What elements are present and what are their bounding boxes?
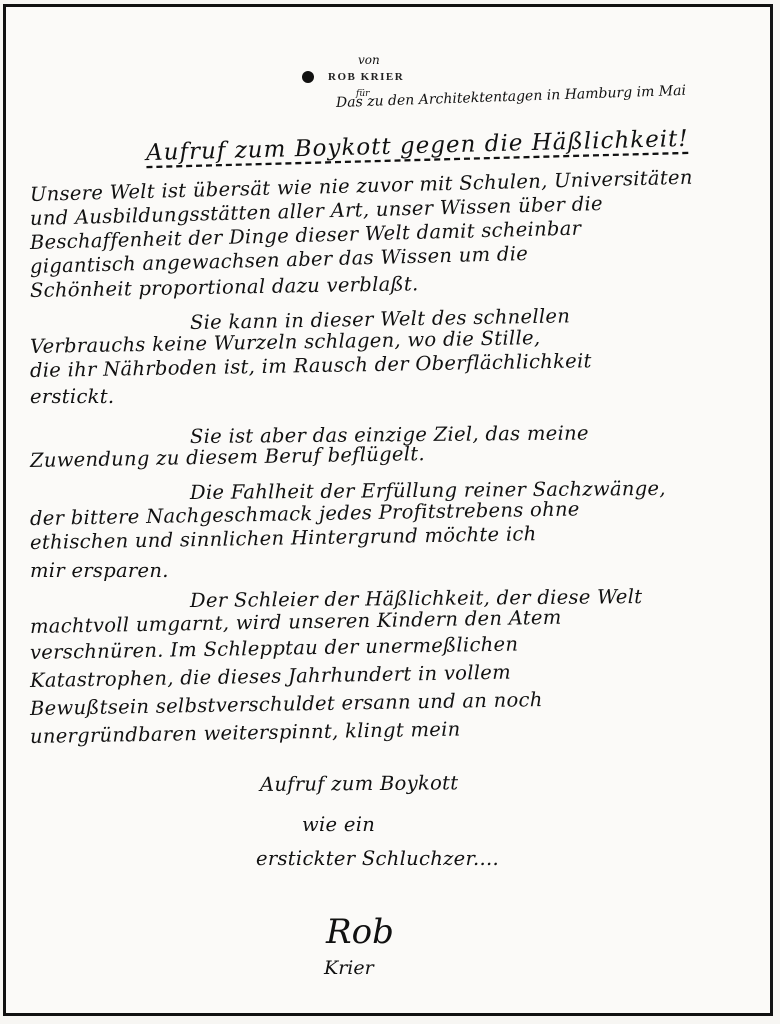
signature-first: Rob — [326, 912, 394, 952]
header-annotation: Das zu den Architektentagen in Hamburg i… — [336, 83, 686, 111]
annotation-von: von — [358, 53, 380, 67]
body-line: Katastrophen, die dieses Jahrhundert in … — [30, 661, 511, 692]
letter-title: Aufruf zum Boykott gegen die Häßlichkeit… — [146, 126, 689, 166]
body-line: Aufruf zum Boykott — [260, 771, 459, 796]
body-line: erstickter Schluchzer.... — [256, 847, 499, 870]
letterhead: ROB KRIER — [302, 71, 404, 83]
body-line: Bewußtsein selbstverschuldet ersann und … — [30, 688, 543, 720]
body-line: wie ein — [302, 813, 375, 836]
body-line: Schönheit proportional dazu verblaßt. — [30, 272, 419, 302]
body-line: Zuwendung zu diesem Beruf beflügelt. — [30, 442, 425, 472]
body-line: erstickt. — [30, 385, 114, 408]
document-page: ROB KRIER von für Das zu den Architekten… — [3, 4, 773, 1016]
body-line: verschnüren. Im Schlepptau der unermeßli… — [30, 632, 519, 664]
body-line: unergründbaren weiterspinnt, klingt mein — [30, 717, 461, 748]
letterhead-name: ROB KRIER — [328, 71, 404, 83]
signature-second: Krier — [324, 957, 374, 979]
body-line: mir ersparen. — [30, 559, 169, 582]
bullet-dot-icon — [302, 71, 314, 83]
